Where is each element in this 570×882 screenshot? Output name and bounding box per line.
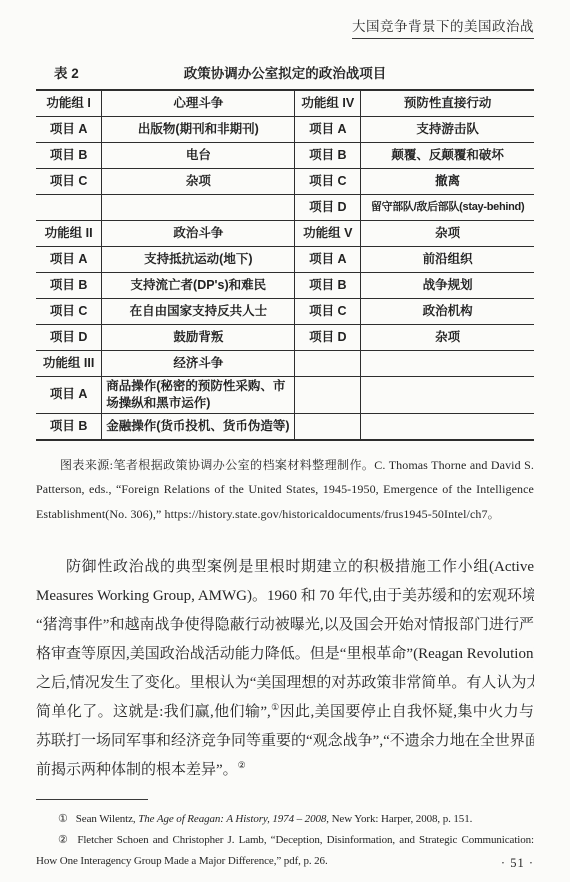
table-row: 项目 D 鼓励背叛 项目 D 杂项 [36,325,534,351]
running-header: 大国竞争背景下的美国政治战 [36,0,534,39]
table-cell: 经济斗争 [102,351,295,377]
table-row: 项目 C 在自由国家支持反共人士 项目 C 政治机构 [36,299,534,325]
table-cell: 留守部队/敌后部队(stay-behind) [361,195,534,221]
table-cell [295,377,361,414]
body-line: Measures Working Group, AMWG)。1960 和 70 … [36,582,534,611]
table-cell [36,195,102,221]
table-row: 项目 A 出版物(期刊和非期刊) 项目 A 支持游击队 [36,117,534,143]
table-cell: 项目 B [36,273,102,299]
table-cell: 功能组 III [36,351,102,377]
table-cell: 支持流亡者(DP's)和难民 [102,273,295,299]
table-cell: 项目 D [36,325,102,351]
table-title: 政策协调办公室拟定的政治战项目 [36,62,534,82]
footnote-1-text: Sean Wilentz, [76,813,138,825]
body-line: 防御性政治战的典型案例是里根时期建立的积极措施工作小组(Active [36,553,534,582]
table-cell: 项目 B [36,143,102,169]
table-row: 项目 A 支持抵抗运动(地下) 项目 A 前沿组织 [36,247,534,273]
table-cell: 战争规划 [361,273,534,299]
table-cell: 鼓励背叛 [102,325,295,351]
table-cell: 功能组 II [36,221,102,247]
table-cell: 项目 C [36,299,102,325]
table-cell: 功能组 IV [295,90,361,117]
table-cell: 在自由国家支持反共人士 [102,299,295,325]
table-cell: 预防性直接行动 [361,90,534,117]
footnote-1-text-end: , New York: Harper, 2008, p. 151. [326,813,472,825]
table-row: 项目 B 支持流亡者(DP's)和难民 项目 B 战争规划 [36,273,534,299]
table-cell: 支持抵抗运动(地下) [102,247,295,273]
table-cell: 功能组 I [36,90,102,117]
footnote-1: ①Sean Wilentz, The Age of Reagan: A Hist… [36,809,534,830]
table-cell: 出版物(期刊和非期刊) [102,117,295,143]
page-number: · 51 · [501,856,534,871]
footnote-2-marker: ② [58,834,69,846]
table-row: 项目 B 金融操作(货币投机、货币伪造等) [36,413,534,440]
table-cell: 颠覆、反颠覆和破坏 [361,143,534,169]
table-cell: 心理斗争 [102,90,295,117]
table-row-group3-header: 功能组 III 经济斗争 [36,351,534,377]
table-cell: 项目 C [36,169,102,195]
table-row-group2-header: 功能组 II 政治斗争 功能组 V 杂项 [36,221,534,247]
table-cell: 项目 B [36,413,102,440]
table-cell: 项目 A [295,117,361,143]
table-cell: 项目 B [295,273,361,299]
footnote-2-text: Fletcher Schoen and Christopher J. Lamb,… [36,834,534,867]
table-cell: 功能组 V [295,221,361,247]
table-cell: 金融操作(货币投机、货币伪造等) [102,413,295,440]
body-line: 之后,情况发生了变化。里根认为“美国理想的对苏政策非常简单。有人认为太 [36,669,534,698]
table-cell: 电台 [102,143,295,169]
footnotes: ①Sean Wilentz, The Age of Reagan: A Hist… [36,809,534,872]
political-war-projects-table: 功能组 I 心理斗争 功能组 IV 预防性直接行动 项目 A 出版物(期刊和非期… [36,89,534,441]
table-cell [102,195,295,221]
table-cell: 项目 A [36,247,102,273]
table-cell: 政治斗争 [102,221,295,247]
table-cell [295,351,361,377]
table-row: 项目 C 杂项 项目 C 撤离 [36,169,534,195]
table-cell: 撤离 [361,169,534,195]
body-line: “猪湾事件”和越南战争使得隐蔽行动被曝光,以及国会开始对情报部门进行严 [36,611,534,640]
table-cell [361,351,534,377]
table-cell: 支持游击队 [361,117,534,143]
table-cell: 项目 A [36,377,102,414]
footnote-1-book-title: The Age of Reagan: A History, 1974 – 200… [138,813,326,825]
table-cell: 杂项 [361,221,534,247]
footnote-1-marker: ① [58,813,68,825]
table-cell: 前沿组织 [361,247,534,273]
table-row: 项目 D 留守部队/敌后部队(stay-behind) [36,195,534,221]
journal-page: 大国竞争背景下的美国政治战 表 2 政策协调办公室拟定的政治战项目 功能组 I … [0,0,570,882]
table-row-group1-header: 功能组 I 心理斗争 功能组 IV 预防性直接行动 [36,90,534,117]
table-cell: 杂项 [361,325,534,351]
table-label: 表 2 [54,62,79,82]
table-cell [361,413,534,440]
footnote-divider [36,799,148,800]
table-row: 项目 A 商品操作(秘密的预防性采购、市场操纵和黑市运作) [36,377,534,414]
table-cell: 项目 D [295,325,361,351]
running-header-title: 大国竞争背景下的美国政治战 [352,15,534,39]
body-paragraph: 防御性政治战的典型案例是里根时期建立的积极措施工作小组(Active Measu… [36,553,534,785]
table-cell [361,377,534,414]
footnote-2: ②Fletcher Schoen and Christopher J. Lamb… [36,830,534,872]
table-cell [295,413,361,440]
table-caption: 表 2 政策协调办公室拟定的政治战项目 [36,62,534,80]
table-cell: 杂项 [102,169,295,195]
body-line: 简单化了。这就是:我们赢,他们输”,①因此,美国要停止自我怀疑,集中火力与 [36,698,534,727]
body-line: 苏联打一场同军事和经济竞争同等重要的“观念战争”,“不遗余力地在全世界面 [36,727,534,756]
table-cell: 项目 C [295,169,361,195]
table-row: 项目 B 电台 项目 B 颠覆、反颠覆和破坏 [36,143,534,169]
table-cell: 项目 B [295,143,361,169]
table-cell: 项目 D [295,195,361,221]
table-cell: 项目 A [295,247,361,273]
body-line: 前揭示两种体制的根本差异”。② [36,756,534,785]
table-cell: 项目 A [36,117,102,143]
table-cell: 项目 C [295,299,361,325]
table-source-note: 图表来源:笔者根据政策协调办公室的档案材料整理制作。C. Thomas Thor… [36,453,534,527]
table-cell: 商品操作(秘密的预防性采购、市场操纵和黑市运作) [102,377,295,414]
table-cell: 政治机构 [361,299,534,325]
body-line: 格审查等原因,美国政治战活动能力降低。但是“里根革命”(Reagan Revol… [36,640,534,669]
